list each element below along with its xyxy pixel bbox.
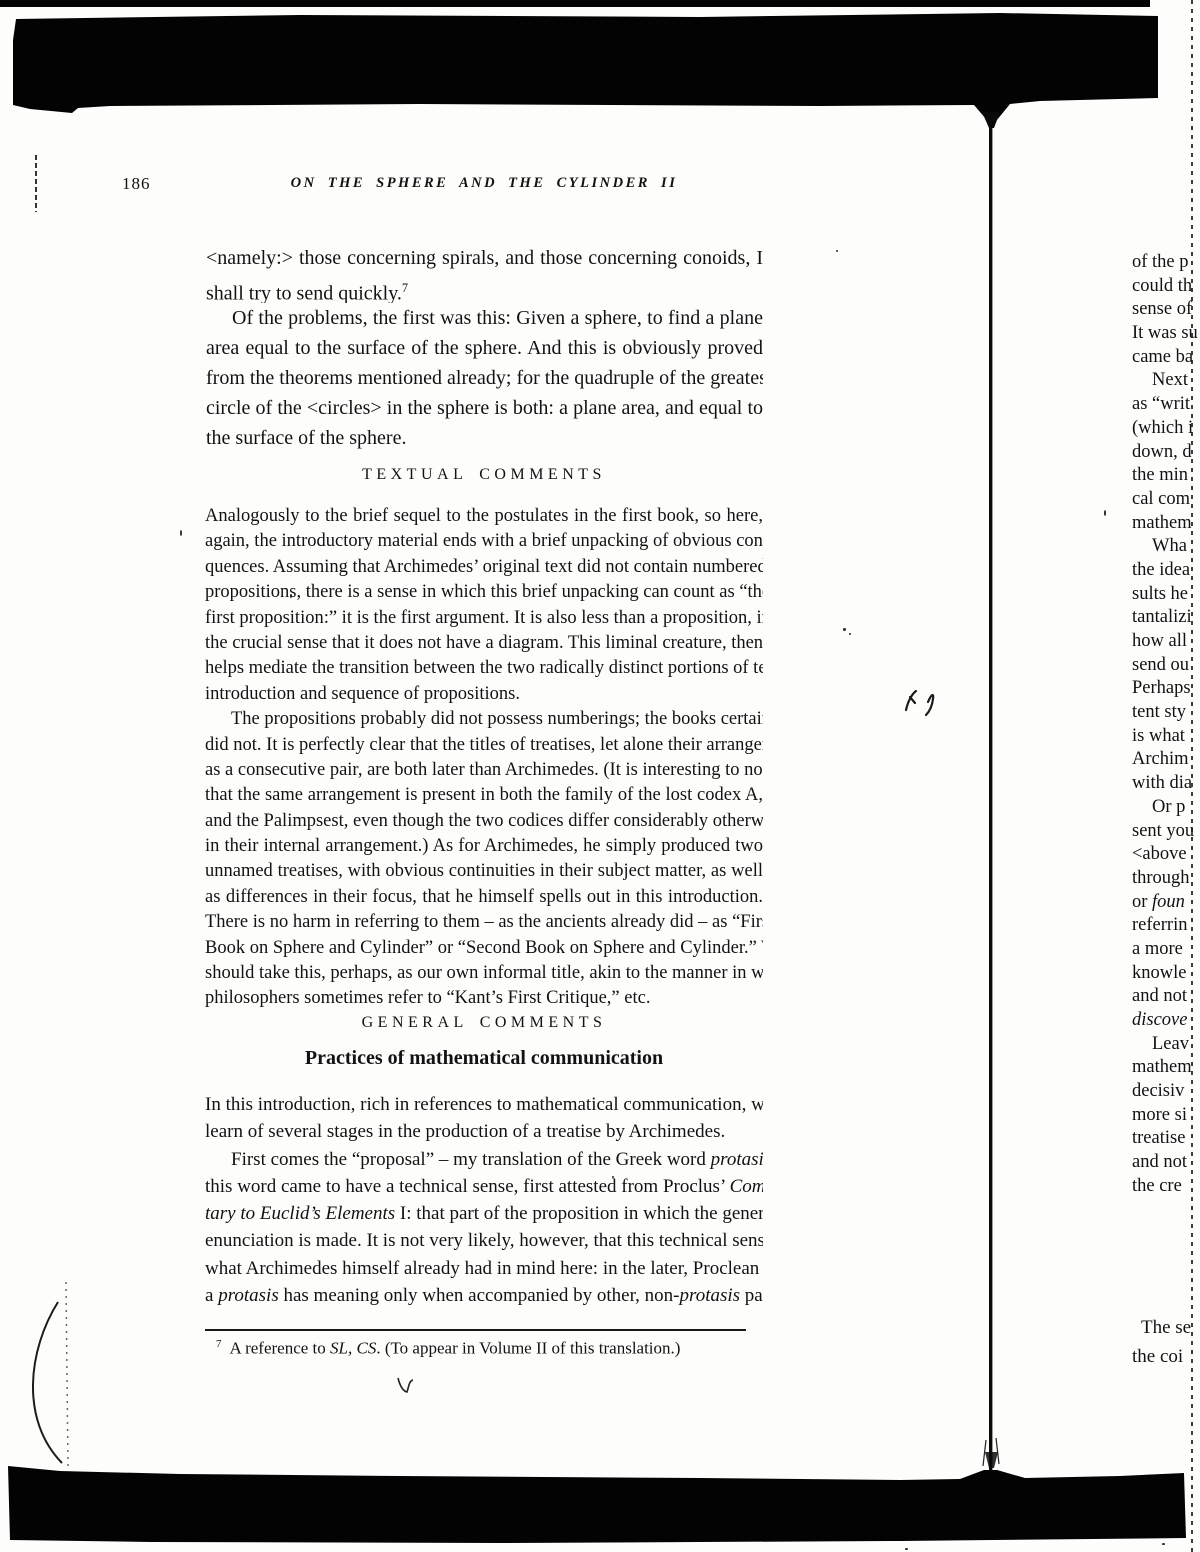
speck bbox=[836, 250, 838, 252]
text-line: the surface of the sphere. bbox=[206, 423, 763, 453]
text-line: tary to Euclid’s Elements I: that part o… bbox=[205, 1200, 763, 1227]
speck bbox=[843, 628, 846, 631]
scan-bottom-bar bbox=[8, 1466, 1186, 1543]
facing-page-text-fragment: discove bbox=[1132, 1009, 1200, 1033]
facing-page-text-fragment: or foun bbox=[1132, 891, 1200, 915]
footnote-marker: 7 bbox=[216, 1338, 222, 1350]
facing-page-text-fragment: with dia bbox=[1132, 772, 1200, 796]
stray-pen-mark bbox=[398, 1378, 413, 1392]
text-line: introduction and sequence of proposition… bbox=[205, 682, 763, 707]
general-comments-body: In this introduction, rich in references… bbox=[205, 1091, 763, 1309]
text-line: should take this, perhaps, as our own in… bbox=[205, 961, 763, 986]
textual-comments-body: Analogously to the brief sequel to the p… bbox=[205, 504, 763, 1012]
facing-page-text-fragment: Perhaps bbox=[1132, 677, 1200, 701]
text-line: The propositions probably did not posses… bbox=[205, 707, 763, 732]
text-line: as differences in their focus, that he h… bbox=[205, 885, 763, 910]
footnote-text: A reference to SL, CS. (To appear in Vol… bbox=[230, 1339, 681, 1358]
text-line: again, the introductory material ends wi… bbox=[205, 529, 763, 554]
facing-page-text-fragment: treatise bbox=[1132, 1127, 1200, 1151]
book-spine-line bbox=[989, 118, 992, 1470]
facing-page-text-fragment: sults he bbox=[1132, 583, 1200, 607]
speck bbox=[290, 594, 292, 598]
facing-page-text-fragment: the idea bbox=[1132, 559, 1200, 583]
facing-page-text-fragment: Wha bbox=[1132, 535, 1200, 559]
facing-page-text-fragment: the coi bbox=[1132, 1343, 1200, 1372]
translation-text: <namely:> those concerning spirals, and … bbox=[206, 243, 763, 453]
footnote-rule bbox=[205, 1329, 746, 1331]
facing-page-bottom-lines: The sethe coi bbox=[1132, 1314, 1200, 1371]
facing-page-text-fragment: Or p bbox=[1132, 796, 1200, 820]
facing-page-text-fragment: more si bbox=[1132, 1104, 1200, 1128]
facing-page-text-fragment: tantalizi bbox=[1132, 606, 1200, 630]
text-line: from the theorems mentioned already; for… bbox=[206, 363, 763, 393]
text-line: quences. Assuming that Archimedes’ origi… bbox=[205, 555, 763, 580]
facing-page-text-fragment: tent sty bbox=[1132, 701, 1200, 725]
text-line: First comes the “proposal” – my translat… bbox=[205, 1146, 763, 1173]
book-spine-flare-bottom bbox=[985, 1452, 998, 1468]
text-line: <namely:> those concerning spirals, and … bbox=[206, 243, 763, 273]
text-line: circle of the <circles> in the sphere is… bbox=[206, 393, 763, 423]
speck bbox=[1104, 510, 1106, 516]
facing-page-text-fragment: down, d bbox=[1132, 441, 1200, 465]
facing-page-text-fragment: as “writ bbox=[1132, 393, 1200, 417]
text-line: in their internal arrangement.) As for A… bbox=[205, 834, 763, 859]
text-line: philosophers sometimes refer to “Kant’s … bbox=[205, 986, 763, 1011]
speck bbox=[612, 1176, 614, 1178]
facing-page-text-fragment: and not bbox=[1132, 985, 1200, 1009]
facing-page-text-fragment: <above bbox=[1132, 843, 1200, 867]
speck bbox=[180, 530, 182, 536]
text-line: that the same arrangement is present in … bbox=[205, 783, 763, 808]
facing-page-text-fragment: came ba bbox=[1132, 346, 1200, 370]
speck bbox=[1162, 1543, 1165, 1545]
facing-page-text-fragment: of the p bbox=[1132, 251, 1200, 275]
facing-page-text-fragment: mathem bbox=[1132, 512, 1200, 536]
text-line: Analogously to the brief sequel to the p… bbox=[205, 504, 763, 529]
text-line: enunciation is made. It is not very like… bbox=[205, 1227, 763, 1254]
facing-page-text-fragment: Next bbox=[1132, 369, 1200, 393]
text-line: learn of several stages in the productio… bbox=[205, 1118, 763, 1145]
page-corner-dots bbox=[66, 1282, 68, 1468]
facing-page-text-fragment: could th bbox=[1132, 275, 1200, 299]
facing-page-column: of the pcould thsense ofIt was sucame ba… bbox=[1132, 251, 1200, 1201]
text-line: as a consecutive pair, are both later th… bbox=[205, 758, 763, 783]
facing-page-text-fragment: The se bbox=[1132, 1314, 1200, 1343]
text-line: shall try to send quickly.7 bbox=[206, 273, 763, 303]
scan-top-bar bbox=[13, 13, 1158, 126]
text-line: Of the problems, the first was this: Giv… bbox=[206, 303, 763, 333]
scan-top-strip bbox=[0, 0, 1150, 7]
facing-page-text-fragment: cal com bbox=[1132, 488, 1200, 512]
text-line: There is no harm in referring to them – … bbox=[205, 910, 763, 935]
page-number: 186 bbox=[122, 174, 151, 194]
text-line: a protasis has meaning only when accompa… bbox=[205, 1282, 763, 1309]
text-line: what Archimedes himself already had in m… bbox=[205, 1255, 763, 1282]
text-line: and the Palimpsest, even though the two … bbox=[205, 809, 763, 834]
facing-page-text-fragment: the cre bbox=[1132, 1175, 1200, 1199]
facing-page-text-fragment: knowle bbox=[1132, 962, 1200, 986]
running-header: ON THE SPHERE AND THE CYLINDER II bbox=[205, 175, 763, 192]
facing-page-text-fragment: is what bbox=[1132, 725, 1200, 749]
text-line: first proposition:” it is the first argu… bbox=[205, 606, 763, 631]
facing-page-text-fragment: and not bbox=[1132, 1151, 1200, 1175]
text-line: unnamed treatises, with obvious continui… bbox=[205, 859, 763, 884]
speck bbox=[905, 1548, 908, 1550]
section-heading-general-comments: GENERAL COMMENTS bbox=[205, 1014, 763, 1032]
facing-page-text-fragment: decisiv bbox=[1132, 1080, 1200, 1104]
text-line: this word came to have a technical sense… bbox=[205, 1173, 763, 1200]
facing-page-text-fragment: sent you bbox=[1132, 820, 1200, 844]
text-line: helps mediate the transition between the… bbox=[205, 656, 763, 681]
handwritten-mark bbox=[906, 691, 933, 715]
footnote: 7A reference to SL, CS. (To appear in Vo… bbox=[216, 1338, 761, 1359]
text-line: area equal to the surface of the sphere.… bbox=[206, 333, 763, 363]
page-corner-curve bbox=[33, 1302, 62, 1463]
text-line: propositions, there is a sense in which … bbox=[205, 580, 763, 605]
facing-page-text-fragment: send ou bbox=[1132, 654, 1200, 678]
scanned-book-page: { "page": { "number": "186", "running_he… bbox=[0, 0, 1200, 1552]
facing-page-text-fragment: (which i bbox=[1132, 417, 1200, 441]
text-line: the crucial sense that it does not have … bbox=[205, 631, 763, 656]
text-line: did not. It is perfectly clear that the … bbox=[205, 733, 763, 758]
facing-page-text-fragment: how all bbox=[1132, 630, 1200, 654]
facing-page-text-fragment: through bbox=[1132, 867, 1200, 891]
speck bbox=[849, 633, 851, 635]
book-spine-flare-top bbox=[982, 112, 1000, 128]
facing-page-text-fragment: It was su bbox=[1132, 322, 1200, 346]
text-line: Book on Sphere and Cylinder” or “Second … bbox=[205, 936, 763, 961]
section-heading-textual-comments: TEXTUAL COMMENTS bbox=[205, 466, 763, 484]
facing-page-text-fragment: Leav bbox=[1132, 1033, 1200, 1057]
facing-page-text-fragment: sense of bbox=[1132, 298, 1200, 322]
facing-page-text-fragment: a more bbox=[1132, 938, 1200, 962]
subsection-heading-practices: Practices of mathematical communication bbox=[205, 1047, 763, 1070]
facing-page-text-fragment: Archim bbox=[1132, 748, 1200, 772]
facing-page-text-fragment: the min bbox=[1132, 464, 1200, 488]
facing-page-text-fragment: referrin bbox=[1132, 914, 1200, 938]
text-line: In this introduction, rich in references… bbox=[205, 1091, 763, 1118]
facing-page-text-fragment: mathem bbox=[1132, 1056, 1200, 1080]
